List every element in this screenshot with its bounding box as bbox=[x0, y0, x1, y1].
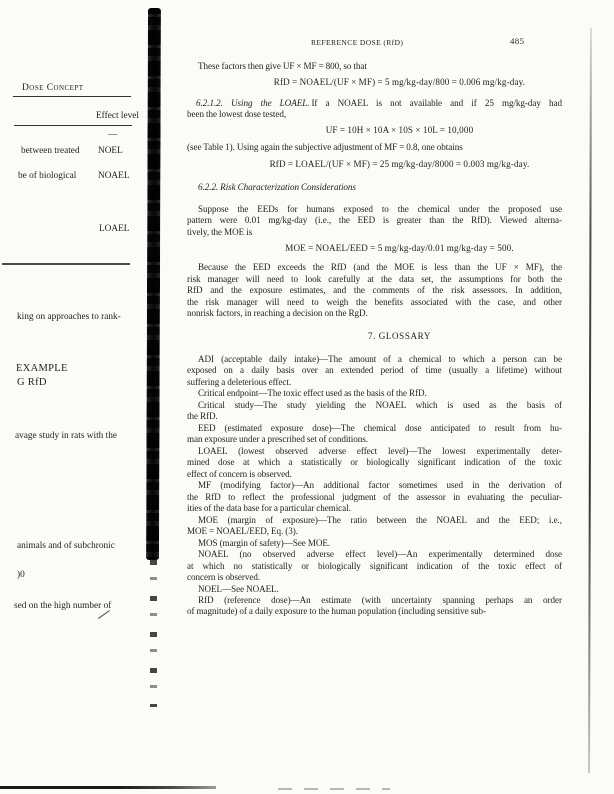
fragment-text: Dose Concept bbox=[22, 83, 83, 93]
text-line: exposed on a daily basis over an extende… bbox=[185, 365, 562, 377]
line-text: risk manager will need to look carefully… bbox=[187, 274, 562, 284]
text-line: NOEL—See NOAEL. bbox=[185, 584, 562, 596]
line-text: mined dose at which a statistically or b… bbox=[187, 457, 562, 467]
line-text: suffering a deleterious effect. bbox=[187, 377, 291, 387]
left-page-text-fragment: EXAMPLE bbox=[16, 363, 68, 374]
text-line: MOE = NOAEL/EED, Eq. (3). bbox=[185, 526, 562, 538]
line-text: at which no statistically or biologicall… bbox=[187, 561, 562, 571]
text-line: EED (estimated exposure dose)—The chemic… bbox=[185, 423, 562, 435]
text-line: Suppose the EEDs for humans exposed to t… bbox=[185, 204, 562, 216]
scanned-book-page: REFERENCE DOSE (RfD) 485 These factors t… bbox=[0, 0, 614, 794]
fragment-text: )0 bbox=[17, 570, 25, 580]
text-line: been the lowest dose tested, bbox=[185, 109, 562, 121]
line-text: (see Table 1). Using again the subjectiv… bbox=[187, 142, 463, 152]
binding-gutter-shadow-tail bbox=[150, 560, 157, 707]
line-text: pattern were 0.01 mg/kg-day (i.e., the E… bbox=[187, 215, 562, 225]
line-text: RfD (reference dose)—An estimate (with u… bbox=[198, 595, 562, 605]
table-rule bbox=[2, 263, 130, 265]
text-line: LOAEL (lowest observed adverse effect le… bbox=[185, 446, 562, 458]
page-number: 485 bbox=[510, 36, 524, 46]
left-page-text-fragment: between treated bbox=[21, 146, 80, 157]
text-line: MOS (margin of safety)—See MOE. bbox=[185, 538, 562, 550]
line-text: 6.2.2. Risk Characterization Considerati… bbox=[198, 182, 356, 192]
line-text: If a NOAEL is not available and if 25 mg… bbox=[311, 98, 562, 108]
line-text: MF (modifying factor)—An additional fact… bbox=[198, 480, 562, 490]
line-text: MOS (margin of safety)—See MOE. bbox=[198, 538, 330, 548]
binding-gutter-shadow bbox=[146, 8, 161, 560]
italic-lead: 6.2.1.2. Using the LOAEL. bbox=[196, 98, 311, 108]
line-text: MOE = NOAEL/EED, Eq. (3). bbox=[187, 526, 298, 536]
fragment-text: between treated bbox=[21, 146, 80, 156]
line-text: Critical endpoint—The toxic effect used … bbox=[198, 388, 427, 398]
text-line: RfD (reference dose)—An estimate (with u… bbox=[185, 595, 562, 607]
text-line: the RfD to reflect the professional judg… bbox=[185, 492, 562, 504]
text-line: pattern were 0.01 mg/kg-day (i.e., the E… bbox=[185, 215, 562, 227]
line-text: LOAEL (lowest observed adverse effect le… bbox=[198, 446, 562, 456]
text-line: MOE = NOAEL/EED = 5 mg/kg-day/0.01 mg/kg… bbox=[185, 243, 587, 255]
line-text: RfD and the exposure estimates, and the … bbox=[187, 285, 562, 295]
text-line: MF (modifying factor)—An additional fact… bbox=[185, 480, 562, 492]
line-text: NOAEL (no observed adverse effect level)… bbox=[198, 549, 562, 559]
left-page-text-fragment: LOAEL bbox=[99, 224, 129, 235]
text-line: RfD and the exposure estimates, and the … bbox=[185, 285, 562, 297]
text-line: tively, the MOE is bbox=[185, 227, 562, 239]
line-text: These factors then give UF × MF = 800, s… bbox=[198, 61, 367, 71]
line-text: ities of the data base for a particular … bbox=[187, 503, 351, 513]
line-text: MOE (margin of exposure)—The ratio betwe… bbox=[198, 515, 562, 525]
text-line: effect of concern is observed. bbox=[185, 469, 562, 481]
text-line: MOE (margin of exposure)—The ratio betwe… bbox=[185, 515, 562, 527]
left-page-text-fragment: — bbox=[108, 130, 117, 141]
line-text: the RfD to reflect the professional judg… bbox=[187, 492, 562, 502]
line-text: NOEL—See NOAEL. bbox=[198, 584, 279, 594]
text-line: 7. GLOSSARY bbox=[185, 331, 587, 343]
line-text: the RfD. bbox=[187, 411, 218, 421]
left-page-text-fragment: king on approaches to rank- bbox=[17, 312, 121, 323]
text-line: RfD = LOAEL/(UF × MF) = 25 mg/kg-day/800… bbox=[185, 159, 587, 171]
line-text: Suppose the EEDs for humans exposed to t… bbox=[198, 204, 562, 214]
left-page-text-fragment: NOAEL bbox=[98, 171, 130, 182]
left-page-text-fragment: avage study in rats with the bbox=[15, 431, 117, 442]
text-line: mined dose at which a statistically or b… bbox=[185, 457, 562, 469]
text-line: ities of the data base for a particular … bbox=[185, 503, 562, 515]
line-text: exposed on a daily basis over an extende… bbox=[187, 365, 562, 375]
left-page-text-fragment: G RfD bbox=[17, 377, 47, 388]
text-line: (see Table 1). Using again the subjectiv… bbox=[185, 142, 562, 154]
text-line: suffering a deleterious effect. bbox=[185, 377, 562, 389]
line-text: of magnitude) of a daily exposure to the… bbox=[187, 606, 486, 616]
line-text: Critical study—The study yielding the NO… bbox=[198, 400, 562, 410]
fragment-text: NOAEL bbox=[98, 171, 130, 181]
text-line: risk manager will need to look carefully… bbox=[185, 274, 562, 286]
text-line: Because the EED exceeds the RfD (and the… bbox=[185, 262, 562, 274]
text-line: concern is observed. bbox=[185, 572, 562, 584]
fragment-text: LOAEL bbox=[99, 224, 129, 234]
fragment-text: sed on the high number of bbox=[14, 601, 111, 611]
line-text: UF = 10H × 10A × 10S × 10L = 10,000 bbox=[326, 125, 474, 135]
left-page-text-fragment: NOEL bbox=[98, 146, 123, 157]
fragment-text: be of biological bbox=[18, 171, 76, 181]
text-line: nonrisk factors, in reaching a decision … bbox=[185, 308, 562, 320]
line-text: man exposure under a prescribed set of c… bbox=[187, 434, 368, 444]
page-edge-line bbox=[588, 28, 592, 773]
text-line: Critical endpoint—The toxic effect used … bbox=[185, 388, 562, 400]
left-page-text-fragment: animals and of subchronic bbox=[17, 541, 115, 552]
fragment-text: — bbox=[108, 130, 117, 140]
left-page-text-fragment: sed on the high number of bbox=[14, 601, 111, 612]
line-text: tively, the MOE is bbox=[187, 227, 252, 237]
fragment-text: EXAMPLE bbox=[16, 363, 68, 374]
text-line: Critical study—The study yielding the NO… bbox=[185, 400, 562, 412]
text-line: RfD = NOAEL/(UF × MF) = 5 mg/kg-day/800 … bbox=[185, 77, 587, 89]
table-rule bbox=[13, 96, 131, 97]
text-line: at which no statistically or biologicall… bbox=[185, 561, 562, 573]
text-line: UF = 10H × 10A × 10S × 10L = 10,000 bbox=[185, 125, 587, 137]
line-text: RfD = LOAEL/(UF × MF) = 25 mg/kg-day/800… bbox=[270, 159, 530, 169]
line-text: 7. GLOSSARY bbox=[368, 331, 431, 341]
fragment-text: king on approaches to rank- bbox=[17, 312, 121, 322]
line-text: RfD = NOAEL/(UF × MF) = 5 mg/kg-day/800 … bbox=[274, 77, 525, 87]
fragment-text: G RfD bbox=[17, 377, 47, 388]
text-line: the risk manager will need to weigh the … bbox=[185, 297, 562, 309]
scan-edge-bottom-line bbox=[0, 786, 216, 789]
fragment-text: Effect level bbox=[96, 111, 139, 121]
line-text: Because the EED exceeds the RfD (and the… bbox=[198, 262, 562, 272]
text-line: of magnitude) of a daily exposure to the… bbox=[185, 606, 562, 618]
left-page-text-fragment: Dose Concept bbox=[22, 83, 83, 94]
left-page-text-fragment: be of biological bbox=[18, 171, 76, 182]
line-text: been the lowest dose tested, bbox=[187, 109, 286, 119]
line-text: ADI (acceptable daily intake)—The amount… bbox=[198, 354, 562, 364]
line-text: effect of concern is observed. bbox=[187, 469, 292, 479]
left-page-text-fragment: )0 bbox=[17, 570, 25, 581]
running-header: REFERENCE DOSE (RfD) bbox=[311, 38, 403, 47]
scan-edge-bottom-dashes bbox=[278, 788, 390, 790]
line-text: MOE = NOAEL/EED = 5 mg/kg-day/0.01 mg/kg… bbox=[285, 243, 514, 253]
text-line: 6.2.2. Risk Characterization Considerati… bbox=[185, 182, 562, 194]
table-rule bbox=[14, 125, 132, 126]
text-line: man exposure under a prescribed set of c… bbox=[185, 434, 562, 446]
text-line: NOAEL (no observed adverse effect level)… bbox=[185, 549, 562, 561]
line-text: the risk manager will need to weigh the … bbox=[187, 297, 562, 307]
fragment-text: avage study in rats with the bbox=[15, 431, 117, 441]
line-text: concern is observed. bbox=[187, 572, 260, 582]
fragment-text: animals and of subchronic bbox=[17, 541, 115, 551]
line-text: EED (estimated exposure dose)—The chemic… bbox=[198, 423, 562, 433]
text-line: 6.2.1.2. Using the LOAEL.If a NOAEL is n… bbox=[185, 98, 562, 110]
text-line: the RfD. bbox=[185, 411, 562, 423]
text-line: ADI (acceptable daily intake)—The amount… bbox=[185, 354, 562, 366]
line-text: nonrisk factors, in reaching a decision … bbox=[187, 308, 368, 318]
fragment-text: NOEL bbox=[98, 146, 123, 156]
text-line: These factors then give UF × MF = 800, s… bbox=[185, 61, 562, 73]
left-page-text-fragment: Effect level bbox=[96, 111, 139, 122]
